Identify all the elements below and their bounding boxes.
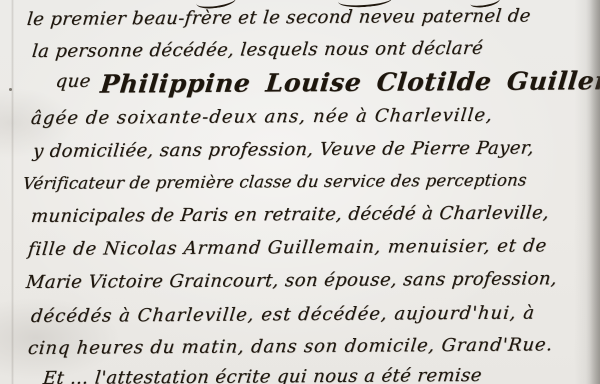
manuscript-line-5: y domiciliée, sans profession, Veuve de … — [32, 138, 535, 162]
ink-speck — [9, 88, 12, 91]
page-edge-shadow — [586, 0, 600, 384]
manuscript-line-8: fille de Nicolas Armand Guillemain, menu… — [27, 235, 548, 260]
manuscript-line-1: le premier beau-frère et le second neveu… — [26, 5, 532, 30]
manuscript-line-12-cutoff: Et … l'attestation écrite qui nous a été… — [42, 365, 483, 384]
deceased-name: Philippine Louise Clotilde Guillemain, — [99, 66, 600, 99]
paper-crease — [11, 0, 14, 384]
manuscript-line-10: décédés à Charleville, est décédée, aujo… — [30, 302, 536, 327]
document-scan: le premier beau-frère et le second neveu… — [0, 0, 600, 384]
manuscript-line-11: cinq heures du matin, dans son domicile,… — [27, 334, 554, 359]
manuscript-line-3: quePhilippine Louise Clotilde Guillemain… — [54, 66, 600, 99]
manuscript-line-6: Vérificateur de première classe du servi… — [22, 170, 528, 193]
name-line-prefix: que — [55, 71, 92, 92]
manuscript-line-9: Marie Victoire Graincourt, son épouse, s… — [25, 268, 558, 293]
manuscript-line-7: municipales de Paris en retraite, décédé… — [30, 202, 550, 227]
manuscript-line-2: la personne décédée, lesquels nous ont d… — [31, 38, 484, 62]
manuscript-line-4: âgée de soixante-deux ans, née à Charlev… — [30, 105, 494, 129]
